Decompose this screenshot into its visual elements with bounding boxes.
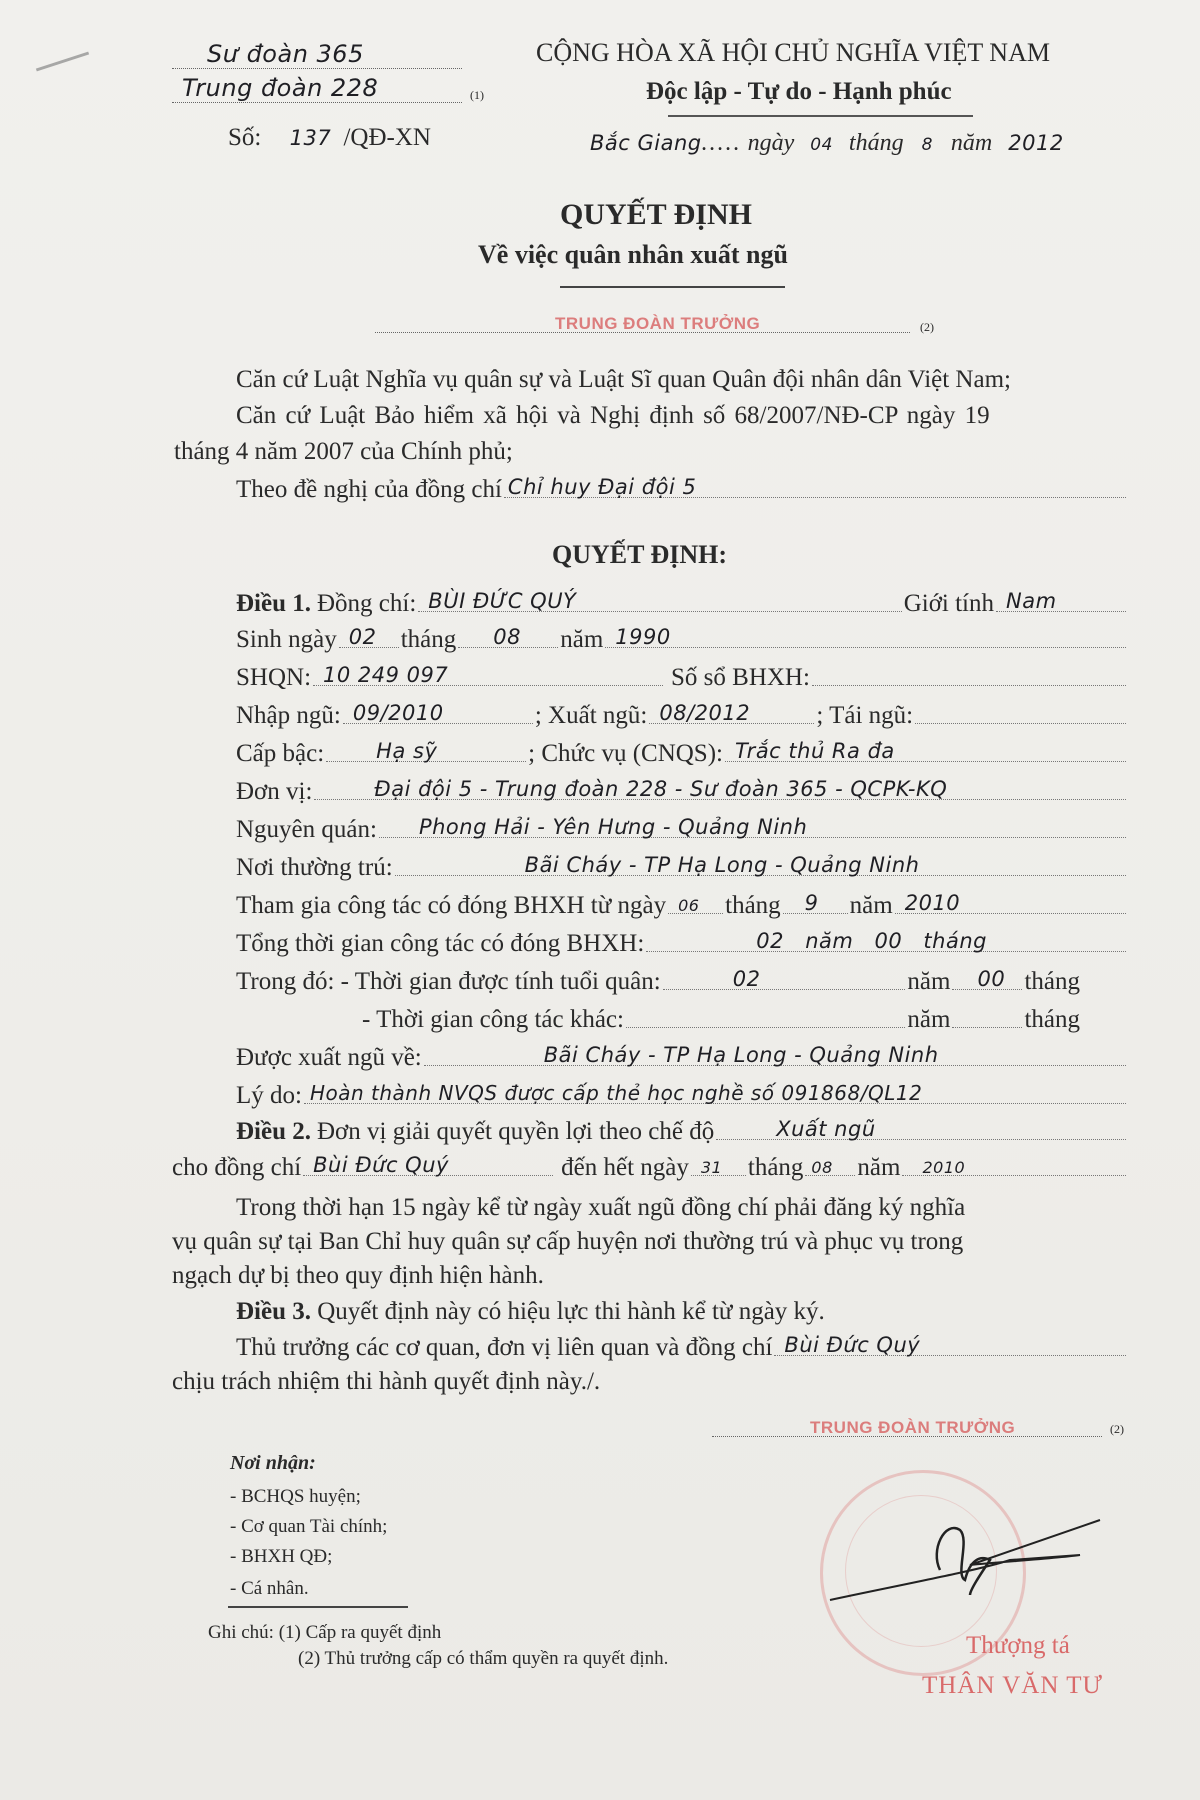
article2-paragraph-b: vụ quân sự tại Ban Chỉ huy quân sự cấp h…: [172, 1224, 963, 1260]
notes-line-1: Ghi chú: (1) Cấp ra quyết định: [208, 1622, 441, 1644]
signature-title-line: TRUNG ĐOÀN TRƯỞNG: [712, 1412, 1102, 1437]
gender-label: Giới tính: [904, 590, 994, 618]
document-title: QUYẾT ĐỊNH: [560, 198, 752, 232]
birth-month-label: tháng: [401, 626, 457, 654]
unit-value: Đại đội 5 - Trung đoàn 228 - Sư đoàn 365…: [374, 777, 947, 801]
motto-underline: [668, 115, 973, 117]
residence-value: Bãi Cháy - TP Hạ Long - Quảng Ninh: [525, 853, 920, 877]
birth-label: Sinh ngày: [236, 626, 337, 654]
reenlist-label: ; Tái ngũ:: [816, 702, 913, 730]
recipient-item: - Cá nhân.: [230, 1578, 309, 1600]
bhxh-book-label: Số sổ BHXH:: [671, 664, 810, 692]
date-year-value: 2012: [1008, 131, 1063, 155]
military-years: 02: [733, 967, 761, 991]
military-time-row: Trong đó: - Thời gian được tính tuổi quâ…: [236, 962, 1080, 996]
article3-line: Điều 3. Quyết định này có hiệu lực thi h…: [236, 1294, 825, 1330]
decision-heading: QUYẾT ĐỊNH:: [552, 540, 727, 570]
residence-label: Nơi thường trú:: [236, 854, 393, 882]
org-line-2-value: Trung đoàn 228: [182, 74, 378, 102]
preamble-line-2b: tháng 4 năm 2007 của Chính phủ;: [174, 434, 513, 470]
enlist-value: 09/2010: [353, 701, 444, 725]
recipient-item: - BCHQS huyện;: [230, 1486, 361, 1508]
bhxh-total-label: Tổng thời gian công tác có đóng BHXH:: [236, 930, 644, 958]
preamble-line-1: Căn cứ Luật Nghĩa vụ quân sự và Luật Sĩ …: [236, 362, 1011, 398]
reason-value: Hoàn thành NVQS được cấp thẻ học nghề số…: [310, 1081, 922, 1105]
position-label: ; Chức vụ (CNQS):: [528, 740, 723, 768]
article2-heading: Điều 2.: [236, 1118, 311, 1146]
bhxh-start-label: Tham gia công tác có đóng BHXH từ ngày: [236, 892, 666, 920]
signature-scribble: [820, 1500, 1120, 1620]
article2-comrade-value: Bùi Đức Quý: [313, 1153, 449, 1177]
discharged-to-value: Bãi Cháy - TP Hạ Long - Quảng Ninh: [544, 1043, 939, 1067]
country-name: CỘNG HÒA XÃ HỘI CHỦ NGHĨA VIỆT NAM: [536, 38, 1050, 68]
bhxh-start-month: 9: [805, 891, 819, 915]
authority-stamp: TRUNG ĐOÀN TRƯỞNG: [555, 314, 760, 334]
proposal-label: Theo đề nghị của đồng chí: [236, 476, 502, 504]
until-year-label: năm: [857, 1154, 900, 1182]
shqn-row: SHQN: 10 249 097 Số sổ BHXH:: [236, 658, 1128, 692]
article3-resp-text: Thủ trưởng các cơ quan, đơn vị liên quan…: [236, 1334, 772, 1362]
signature-note-marker: (2): [1110, 1422, 1124, 1437]
preamble-line-2a: Căn cứ Luật Bảo hiểm xã hội và Nghị định…: [236, 398, 990, 434]
note-marker-1: (1): [470, 88, 484, 103]
signature-title-stamp: TRUNG ĐOÀN TRƯỞNG: [810, 1418, 1015, 1438]
military-years-unit: năm: [907, 968, 950, 996]
shqn-value: 10 249 097: [323, 663, 448, 687]
authority-line: TRUNG ĐOÀN TRƯỞNG: [375, 308, 910, 333]
article2-paragraph-a: Trong thời hạn 15 ngày kể từ ngày xuất n…: [236, 1190, 965, 1226]
proposal-row: Theo đề nghị của đồng chí Chỉ huy Đại độ…: [236, 470, 1128, 504]
article2-comrade-label: cho đồng chí: [172, 1154, 301, 1182]
discharge-value: 08/2012: [659, 701, 750, 725]
date-year-label: năm: [951, 130, 992, 156]
regime-value: Xuất ngũ: [776, 1117, 875, 1141]
rank-row: Cấp bậc: Hạ sỹ ; Chức vụ (CNQS): Trắc th…: [236, 734, 1128, 768]
military-months: 00: [977, 967, 1005, 991]
military-months-unit: tháng: [1024, 968, 1080, 996]
decision-number: Số: 137 /QĐ-XN: [228, 124, 431, 152]
rank-label: Cấp bậc:: [236, 740, 324, 768]
article1-comrade-row: Điều 1. Đồng chí: BÙI ĐỨC QUÝ Giới tính …: [236, 584, 1128, 618]
article3-text: Quyết định này có hiệu lực thi hành kể t…: [317, 1298, 825, 1325]
recipients-underline: [228, 1606, 408, 1608]
document-subtitle: Về việc quân nhân xuất ngũ: [478, 240, 788, 270]
other-months-unit: tháng: [1024, 1006, 1080, 1034]
bhxh-total-value: 02 năm 00 tháng: [756, 929, 987, 953]
proposal-value: Chỉ huy Đại đội 5: [508, 475, 696, 499]
service-dates-row: Nhập ngũ: 09/2010 ; Xuất ngũ: 08/2012 ; …: [236, 696, 1128, 730]
date-month-value: 8: [922, 135, 933, 155]
birth-day: 02: [349, 625, 377, 649]
date-day-label: ngày: [748, 130, 795, 156]
comrade-label: Đồng chí:: [317, 590, 416, 618]
discharged-to-label: Được xuất ngũ về:: [236, 1044, 422, 1072]
place-date: Bắc Giang..... ngày 04 tháng 8 năm 2012: [590, 130, 1064, 157]
recipients-heading: Nơi nhận:: [230, 1452, 316, 1475]
unit-label: Đơn vị:: [236, 778, 312, 806]
birth-year: 1990: [615, 625, 670, 649]
article3-resp-name: Bùi Đức Quý: [784, 1333, 920, 1357]
birth-row: Sinh ngày 02 tháng 08 năm 1990: [236, 620, 1128, 654]
other-time-label: - Thời gian công tác khác:: [362, 1006, 624, 1034]
unit-row: Đơn vị: Đại đội 5 - Trung đoàn 228 - Sư …: [236, 772, 1128, 806]
reason-row: Lý do: Hoàn thành NVQS được cấp thẻ học …: [236, 1076, 1128, 1110]
number-value: 137: [290, 126, 332, 150]
hometown-value: Phong Hải - Yên Hưng - Quảng Ninh: [419, 815, 807, 839]
until-month: 08: [811, 1158, 832, 1177]
recipient-item: - BHXH QĐ;: [230, 1546, 332, 1568]
org-line-1: Sư đoàn 365: [172, 42, 462, 69]
reason-label: Lý do:: [236, 1082, 302, 1110]
note-1: (1) Cấp ra quyết định: [279, 1622, 442, 1643]
bhxh-total-row: Tổng thời gian công tác có đóng BHXH: 02…: [236, 924, 1128, 958]
bhxh-start-year-label: năm: [850, 892, 893, 920]
shqn-label: SHQN:: [236, 664, 311, 692]
hometown-label: Nguyên quán:: [236, 816, 377, 844]
article2-comrade-row: cho đồng chí Bùi Đức Quý đến hết ngày 31…: [172, 1148, 1128, 1182]
article2-text: Đơn vị giải quyết quyền lợi theo chế độ: [317, 1118, 714, 1146]
org-line-2: Trung đoàn 228: [172, 76, 462, 103]
until-year: 2010: [922, 1158, 965, 1177]
until-month-label: tháng: [748, 1154, 804, 1182]
date-day-value: 04: [810, 135, 833, 155]
scan-mark: [36, 52, 89, 72]
bhxh-start-year: 2010: [905, 891, 960, 915]
discharged-to-row: Được xuất ngũ về: Bãi Cháy - TP Hạ Long …: [236, 1038, 1128, 1072]
bhxh-start-day: 06: [678, 896, 699, 915]
article3-resp-row: Thủ trưởng các cơ quan, đơn vị liên quan…: [236, 1328, 1128, 1362]
place-value: Bắc Giang: [590, 131, 702, 155]
document-page: Sư đoàn 365 Trung đoàn 228 (1) Số: 137 /…: [0, 0, 1200, 1800]
subtitle-underline: [560, 286, 785, 288]
position-value: Trắc thủ Ra đa: [735, 739, 895, 763]
rank-value: Hạ sỹ: [376, 739, 437, 763]
article2-row: Điều 2. Đơn vị giải quyết quyền lợi theo…: [236, 1112, 1128, 1146]
recipient-item: - Cơ quan Tài chính;: [230, 1516, 387, 1538]
discharge-label: ; Xuất ngũ:: [535, 702, 648, 730]
bhxh-start-month-label: tháng: [725, 892, 781, 920]
article1-heading: Điều 1.: [236, 590, 311, 618]
date-month-label: tháng: [849, 130, 904, 156]
hometown-row: Nguyên quán: Phong Hải - Yên Hưng - Quản…: [236, 810, 1128, 844]
birth-year-label: năm: [560, 626, 603, 654]
notes-label: Ghi chú:: [208, 1622, 274, 1643]
until-day: 31: [701, 1158, 722, 1177]
until-label: đến hết ngày: [561, 1154, 689, 1182]
signer-name: THÂN VĂN TƯ: [922, 1672, 1103, 1700]
birth-month: 08: [493, 625, 521, 649]
bhxh-start-row: Tham gia công tác có đóng BHXH từ ngày 0…: [236, 886, 1128, 920]
org-line-1-value: Sư đoàn 365: [207, 40, 364, 68]
residence-row: Nơi thường trú: Bãi Cháy - TP Hạ Long - …: [236, 848, 1128, 882]
motto: Độc lập - Tự do - Hạnh phúc: [646, 78, 952, 106]
article3-heading: Điều 3.: [236, 1298, 311, 1325]
military-time-label: Trong đó: - Thời gian được tính tuổi quâ…: [236, 968, 661, 996]
number-label: Số:: [228, 124, 261, 151]
enlist-label: Nhập ngũ:: [236, 702, 341, 730]
other-years-unit: năm: [907, 1006, 950, 1034]
article2-paragraph-c: ngạch dự bị theo quy định hiện hành.: [172, 1258, 544, 1294]
comrade-value: BÙI ĐỨC QUÝ: [428, 589, 576, 613]
article3-resp-b: chịu trách nhiệm thi hành quyết định này…: [172, 1364, 600, 1400]
number-suffix: /QĐ-XN: [343, 124, 431, 151]
note-2: (2) Thủ trưởng cấp có thẩm quyền ra quyế…: [298, 1648, 668, 1670]
note-marker-2: (2): [920, 320, 934, 335]
other-time-row: - Thời gian công tác khác: năm tháng: [362, 1000, 1080, 1034]
gender-value: Nam: [1006, 589, 1057, 613]
signer-rank: Thượng tá: [966, 1632, 1070, 1660]
